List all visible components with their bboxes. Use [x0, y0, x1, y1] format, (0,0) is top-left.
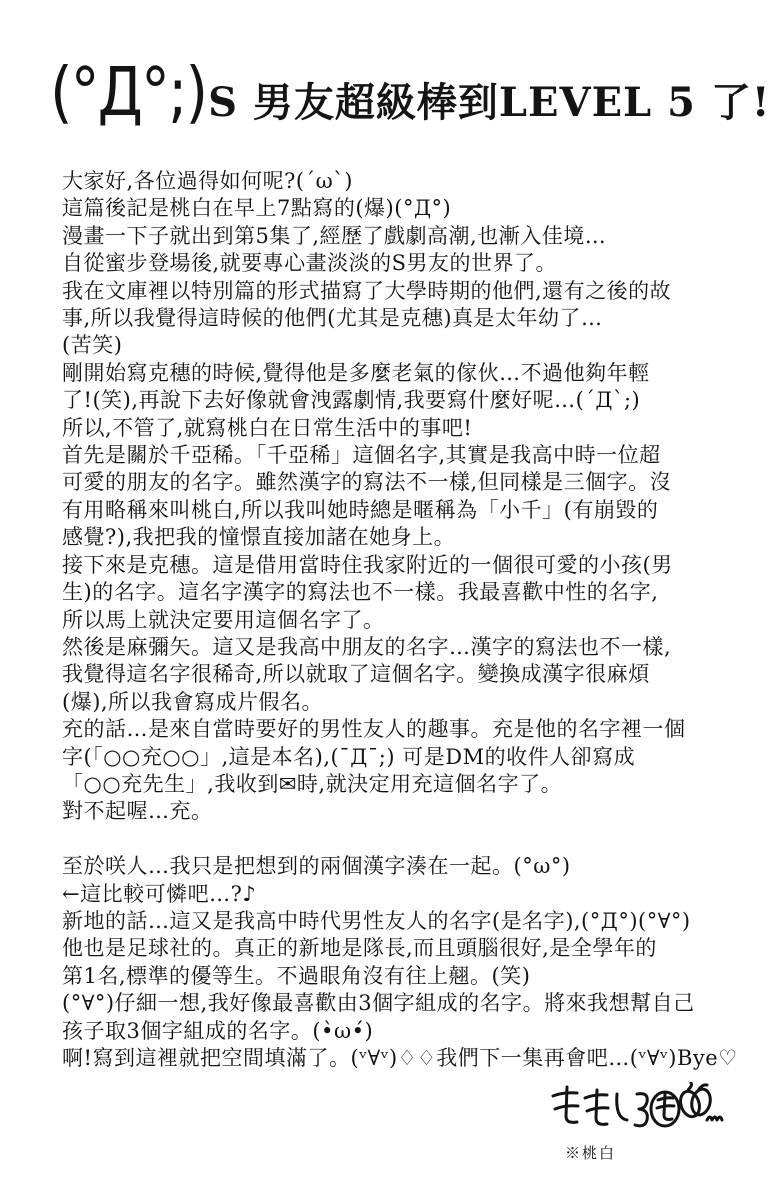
text-line: 有用略稱來叫桃白,所以我叫她時總是暱稱為「小千」(有崩毀的: [62, 497, 727, 524]
text-line: 我在文庫裡以特別篇的形式描寫了大學時期的他們,還有之後的故: [62, 278, 727, 305]
afterword-body: 大家好,各位過得如何呢?(´ω`)這篇後記是桃白在早上7點寫的(爆)(°Д°)漫…: [62, 168, 727, 1072]
text-line: 剛開始寫克穗的時候,覺得他是多麼老氣的傢伙…不過他夠年輕: [62, 360, 727, 387]
text-line: (°∀°)仔細一想,我好像最喜歡由3個字組成的名字。將來我想幫自己: [62, 990, 727, 1017]
page-title: (°Д°;) S 男友超級棒到LEVEL 5 了!: [50, 52, 770, 133]
text-line: 所以,不管了,就寫桃白在日常生活中的事吧!: [62, 415, 727, 442]
text-line: 字(「○○充○○」,這是本名),(¯Д¯;) 可是DM的收件人卻寫成: [62, 744, 727, 771]
text-line: 自從蜜步登場後,就要專心畫淡淡的S男友的世界了。: [62, 250, 727, 277]
title-kaomoji: (°Д°;): [50, 46, 208, 139]
text-line: 接下來是克穗。這是借用當時住我家附近的一個很可愛的小孩(男: [62, 552, 727, 579]
text-line: 大家好,各位過得如何呢?(´ω`): [62, 168, 727, 195]
text-line: 至於咲人…我只是把想到的兩個漢字湊在一起。(°ω°): [62, 853, 727, 880]
text-line: 新地的話…這又是我高中時代男性友人的名字(是名字),(°Д°)(°∀°): [62, 908, 727, 935]
text-line: 然後是麻彌矢。這又是我高中朋友的名字…漢字的寫法也不一樣,: [62, 634, 727, 661]
text-line: (苦笑): [62, 332, 727, 359]
page-title-text: S 男友超級棒到LEVEL 5 了!: [208, 79, 770, 133]
text-line: 所以馬上就決定要用這個名字了。: [62, 607, 727, 634]
text-line: 事,所以我覺得這時候的他們(尤其是克穗)真是太年幼了…: [62, 305, 727, 332]
text-line: 漫畫一下子就出到第5集了,經歷了戲劇高潮,也漸入佳境…: [62, 223, 727, 250]
text-line: [62, 826, 727, 853]
text-line: 他也是足球社的。真正的新地是隊長,而且頭腦很好,是全學年的: [62, 935, 727, 962]
afterword-page: (°Д°;) S 男友超級棒到LEVEL 5 了! 大家好,各位過得如何呢?(´…: [0, 0, 775, 1201]
text-line: 我覺得這名字很稀奇,所以就取了這個名字。變換成漢字很麻煩: [62, 661, 727, 688]
signature-doodle: [547, 1082, 727, 1140]
text-line: 感覺?),我把我的憧憬直接加諸在她身上。: [62, 524, 727, 551]
signature-caption: ※桃白: [547, 1142, 727, 1163]
text-line: 了!(笑),再說下去好像就會洩露劇情,我要寫什麼好呢…(´Д`;): [62, 387, 727, 414]
text-line: (爆),所以我會寫成片假名。: [62, 689, 727, 716]
signature-block: ※桃白: [547, 1082, 727, 1163]
text-line: 首先是關於千亞稀。「千亞稀」這個名字,其實是我高中時一位超: [62, 442, 727, 469]
text-line: 「○○充先生」,我收到✉時,就決定用充這個名字了。: [62, 771, 727, 798]
text-line: 孩子取3個字組成的名字。(•̀ω•́): [62, 1018, 727, 1045]
text-line: 對不起喔…充。: [62, 798, 727, 825]
text-line: 第1名,標準的優等生。不過眼角沒有往上翹。(笑): [62, 963, 727, 990]
text-line: 充的話…是來自當時要好的男性友人的趣事。充是他的名字裡一個: [62, 716, 727, 743]
text-line: 這篇後記是桃白在早上7點寫的(爆)(°Д°): [62, 195, 727, 222]
text-line: 生)的名字。這名字漢字的寫法也不一樣。我最喜歡中性的名字,: [62, 579, 727, 606]
text-line: 啊!寫到這裡就把空間填滿了。(ᵛ∀ᵛ)♢♢我們下一集再會吧…(ᵛ∀ᵛ)Bye♡: [62, 1045, 727, 1072]
text-line: 可愛的朋友的名字。雖然漢字的寫法不一樣,但同樣是三個字。沒: [62, 469, 727, 496]
text-line: ←這比較可憐吧…?♪: [62, 881, 727, 908]
